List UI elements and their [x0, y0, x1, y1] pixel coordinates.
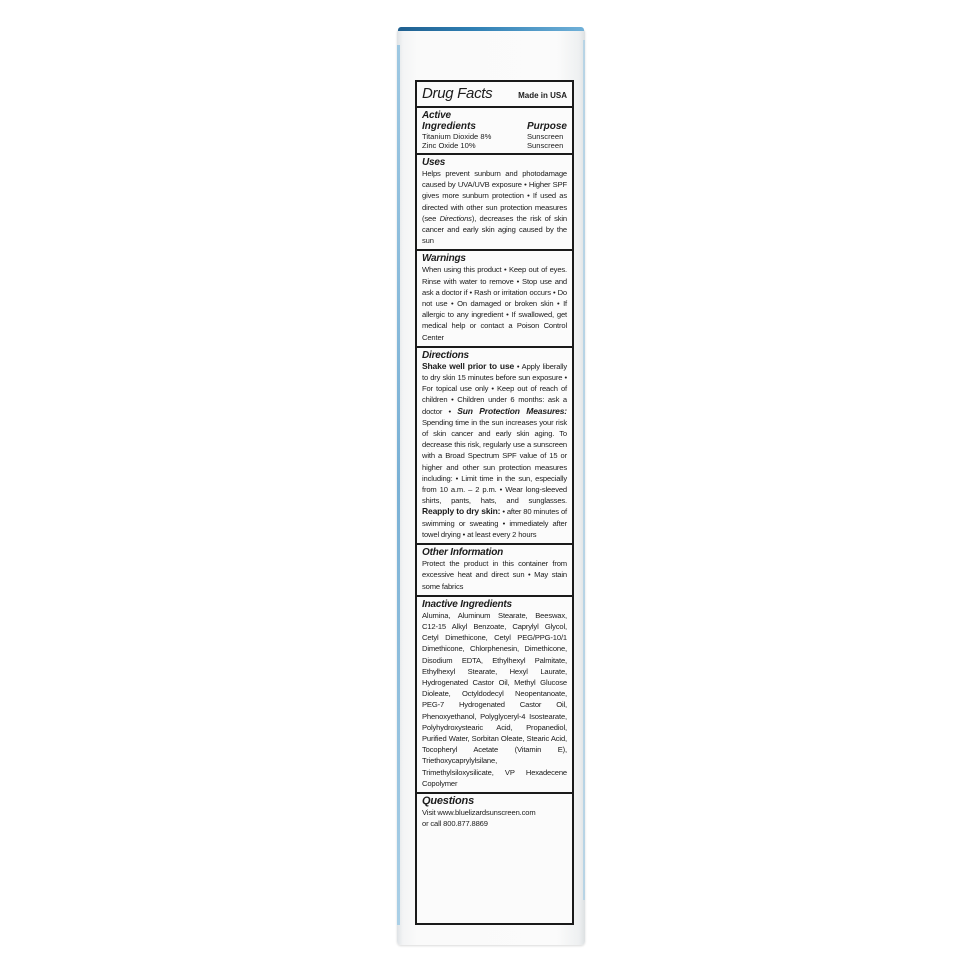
directions-text: Shake well prior to use • Apply liberall… [422, 361, 567, 540]
other-information-section: Other Information Protect the product in… [417, 545, 572, 597]
ingredient-purpose: Sunscreen [527, 132, 567, 141]
questions-line-1: Visit www.bluelizardsunscreen.com [422, 807, 567, 818]
box-right-blue-edge [583, 40, 585, 900]
directions-heading: Directions [422, 350, 567, 361]
questions-section: Questions Visit www.bluelizardsunscreen.… [417, 794, 572, 832]
ingredient-purpose: Sunscreen [527, 141, 567, 150]
inactive-ingredients-text: Alumina, Aluminum Stearate, Beeswax, C12… [422, 610, 567, 789]
other-information-heading: Other Information [422, 547, 567, 558]
drug-facts-panel: Drug Facts Made in USA Active Ingredient… [415, 80, 574, 925]
warnings-text: When using this product • Keep out of ey… [422, 264, 567, 342]
uses-heading: Uses [422, 157, 567, 168]
inactive-ingredients-heading: Inactive Ingredients [422, 599, 567, 610]
directions-section: Directions Shake well prior to use • App… [417, 348, 572, 545]
ingredient-name: Zinc Oxide 10% [422, 141, 527, 150]
purpose-heading: Purpose [527, 121, 567, 132]
warnings-heading: Warnings [422, 253, 567, 264]
active-ingredients-heading-2: Ingredients [422, 121, 527, 132]
ingredient-name: Titanium Dioxide 8% [422, 132, 527, 141]
active-ingredients-section: Active Ingredients Purpose Titanium Diox… [417, 108, 572, 155]
box-top-blue-edge [398, 27, 584, 31]
other-information-text: Protect the product in this container fr… [422, 558, 567, 592]
active-ingredients-heading-1: Active [422, 110, 567, 121]
box-left-blue-edge [397, 45, 400, 925]
drug-facts-header: Drug Facts Made in USA [417, 82, 572, 108]
drug-facts-title: Drug Facts [422, 85, 492, 102]
uses-text: Helps prevent sunburn and photodamage ca… [422, 168, 567, 246]
warnings-section: Warnings When using this product • Keep … [417, 251, 572, 347]
questions-line-2: or call 800.877.8869 [422, 818, 567, 829]
uses-section: Uses Helps prevent sunburn and photodama… [417, 155, 572, 251]
questions-heading: Questions [422, 796, 567, 807]
made-in-label: Made in USA [518, 91, 567, 100]
inactive-ingredients-section: Inactive Ingredients Alumina, Aluminum S… [417, 597, 572, 794]
